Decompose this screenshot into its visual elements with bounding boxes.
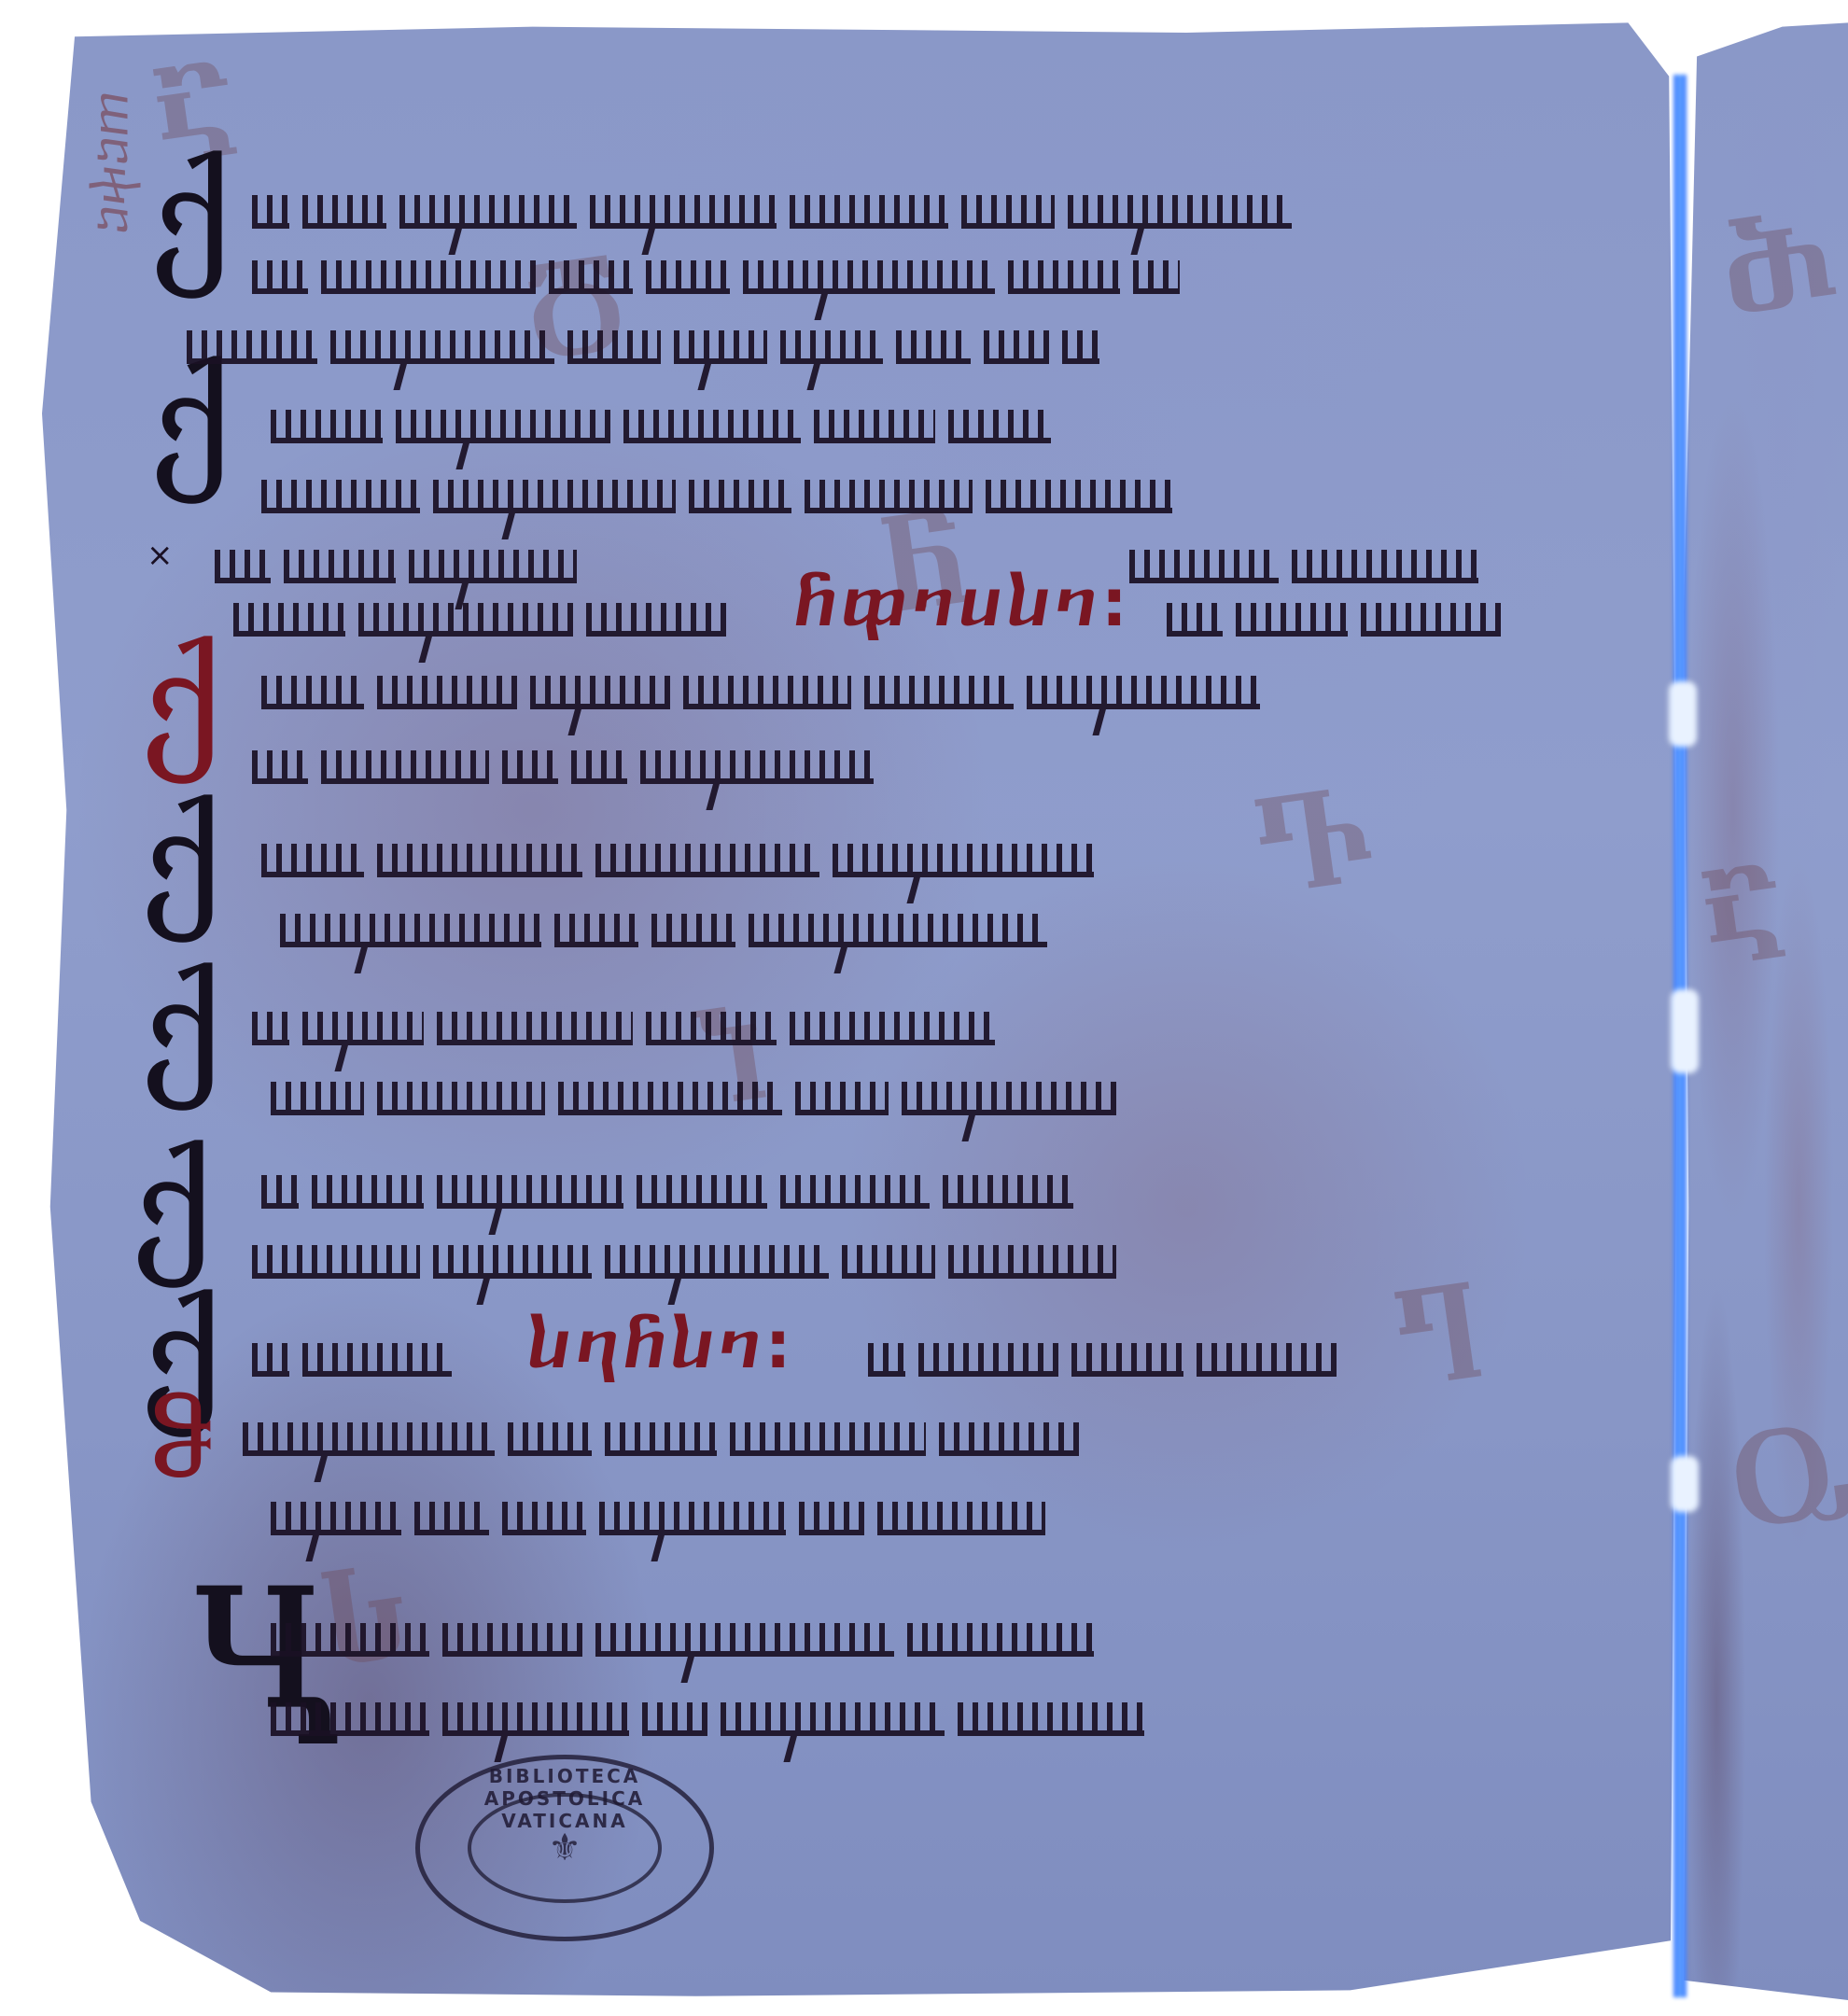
text-line [233,571,726,637]
undertext-glyph: Ⴄ [1387,1271,1491,1414]
undertext-glyph: Ⴍ [1722,1408,1848,1557]
rubric-heading: ⴌⴔⴈⴎⴑⴈ: [793,565,1131,641]
text-line [252,229,1180,294]
undertext-glyph: Ⴅ [1247,775,1385,922]
gutter-hole [1671,1456,1699,1512]
text-line [261,1143,1073,1209]
text-line [187,299,1099,364]
text-line [1167,571,1501,637]
undertext-glyph: Ⴋ [1713,196,1847,343]
text-line [868,1311,1337,1377]
margin-mark: × [147,537,174,574]
text-line [261,448,1172,513]
text-line [243,1391,1079,1456]
initial-letter-red: ჵ [149,1391,216,1493]
text-line [252,1213,1116,1279]
text-line [280,882,1047,947]
marginal-undertext: ⴍⴀⴕⴀ [89,91,145,483]
initial-letter: ქ [149,149,231,289]
text-line [261,644,1260,709]
initial-letter: ქ [140,961,222,1101]
text-line [252,1311,452,1377]
text-line [252,980,995,1045]
initial-letter: ქ [140,793,222,933]
text-line [271,1470,1045,1535]
text-line [261,812,1094,877]
text-line [271,1671,1144,1736]
rubric-heading: ⴑⴄⴌⴑⴈ: [527,1307,795,1383]
initial-letter: ქ [131,1139,213,1279]
text-line [271,378,1051,443]
initial-letter: ქ [149,355,231,495]
text-line [271,1050,1116,1115]
stamp-text: BIBLIOTECA APOSTOLICA VATICANA [420,1765,709,1832]
library-stamp: BIBLIOTECA APOSTOLICA VATICANA ⚜ [415,1755,714,1941]
text-line [252,719,874,784]
text-line [271,1591,1094,1657]
undertext-glyph: Ⴀ [1694,851,1796,993]
text-line [252,163,1292,229]
manuscript-leaf-facing: Ⴋ Ⴀ Ⴍ [1684,17,1848,2000]
initial-letter-red: ქ [140,635,222,775]
papal-emblem-icon: ⚜ [548,1827,581,1869]
gutter-hole [1671,989,1699,1073]
gutter-hole [1669,681,1697,747]
